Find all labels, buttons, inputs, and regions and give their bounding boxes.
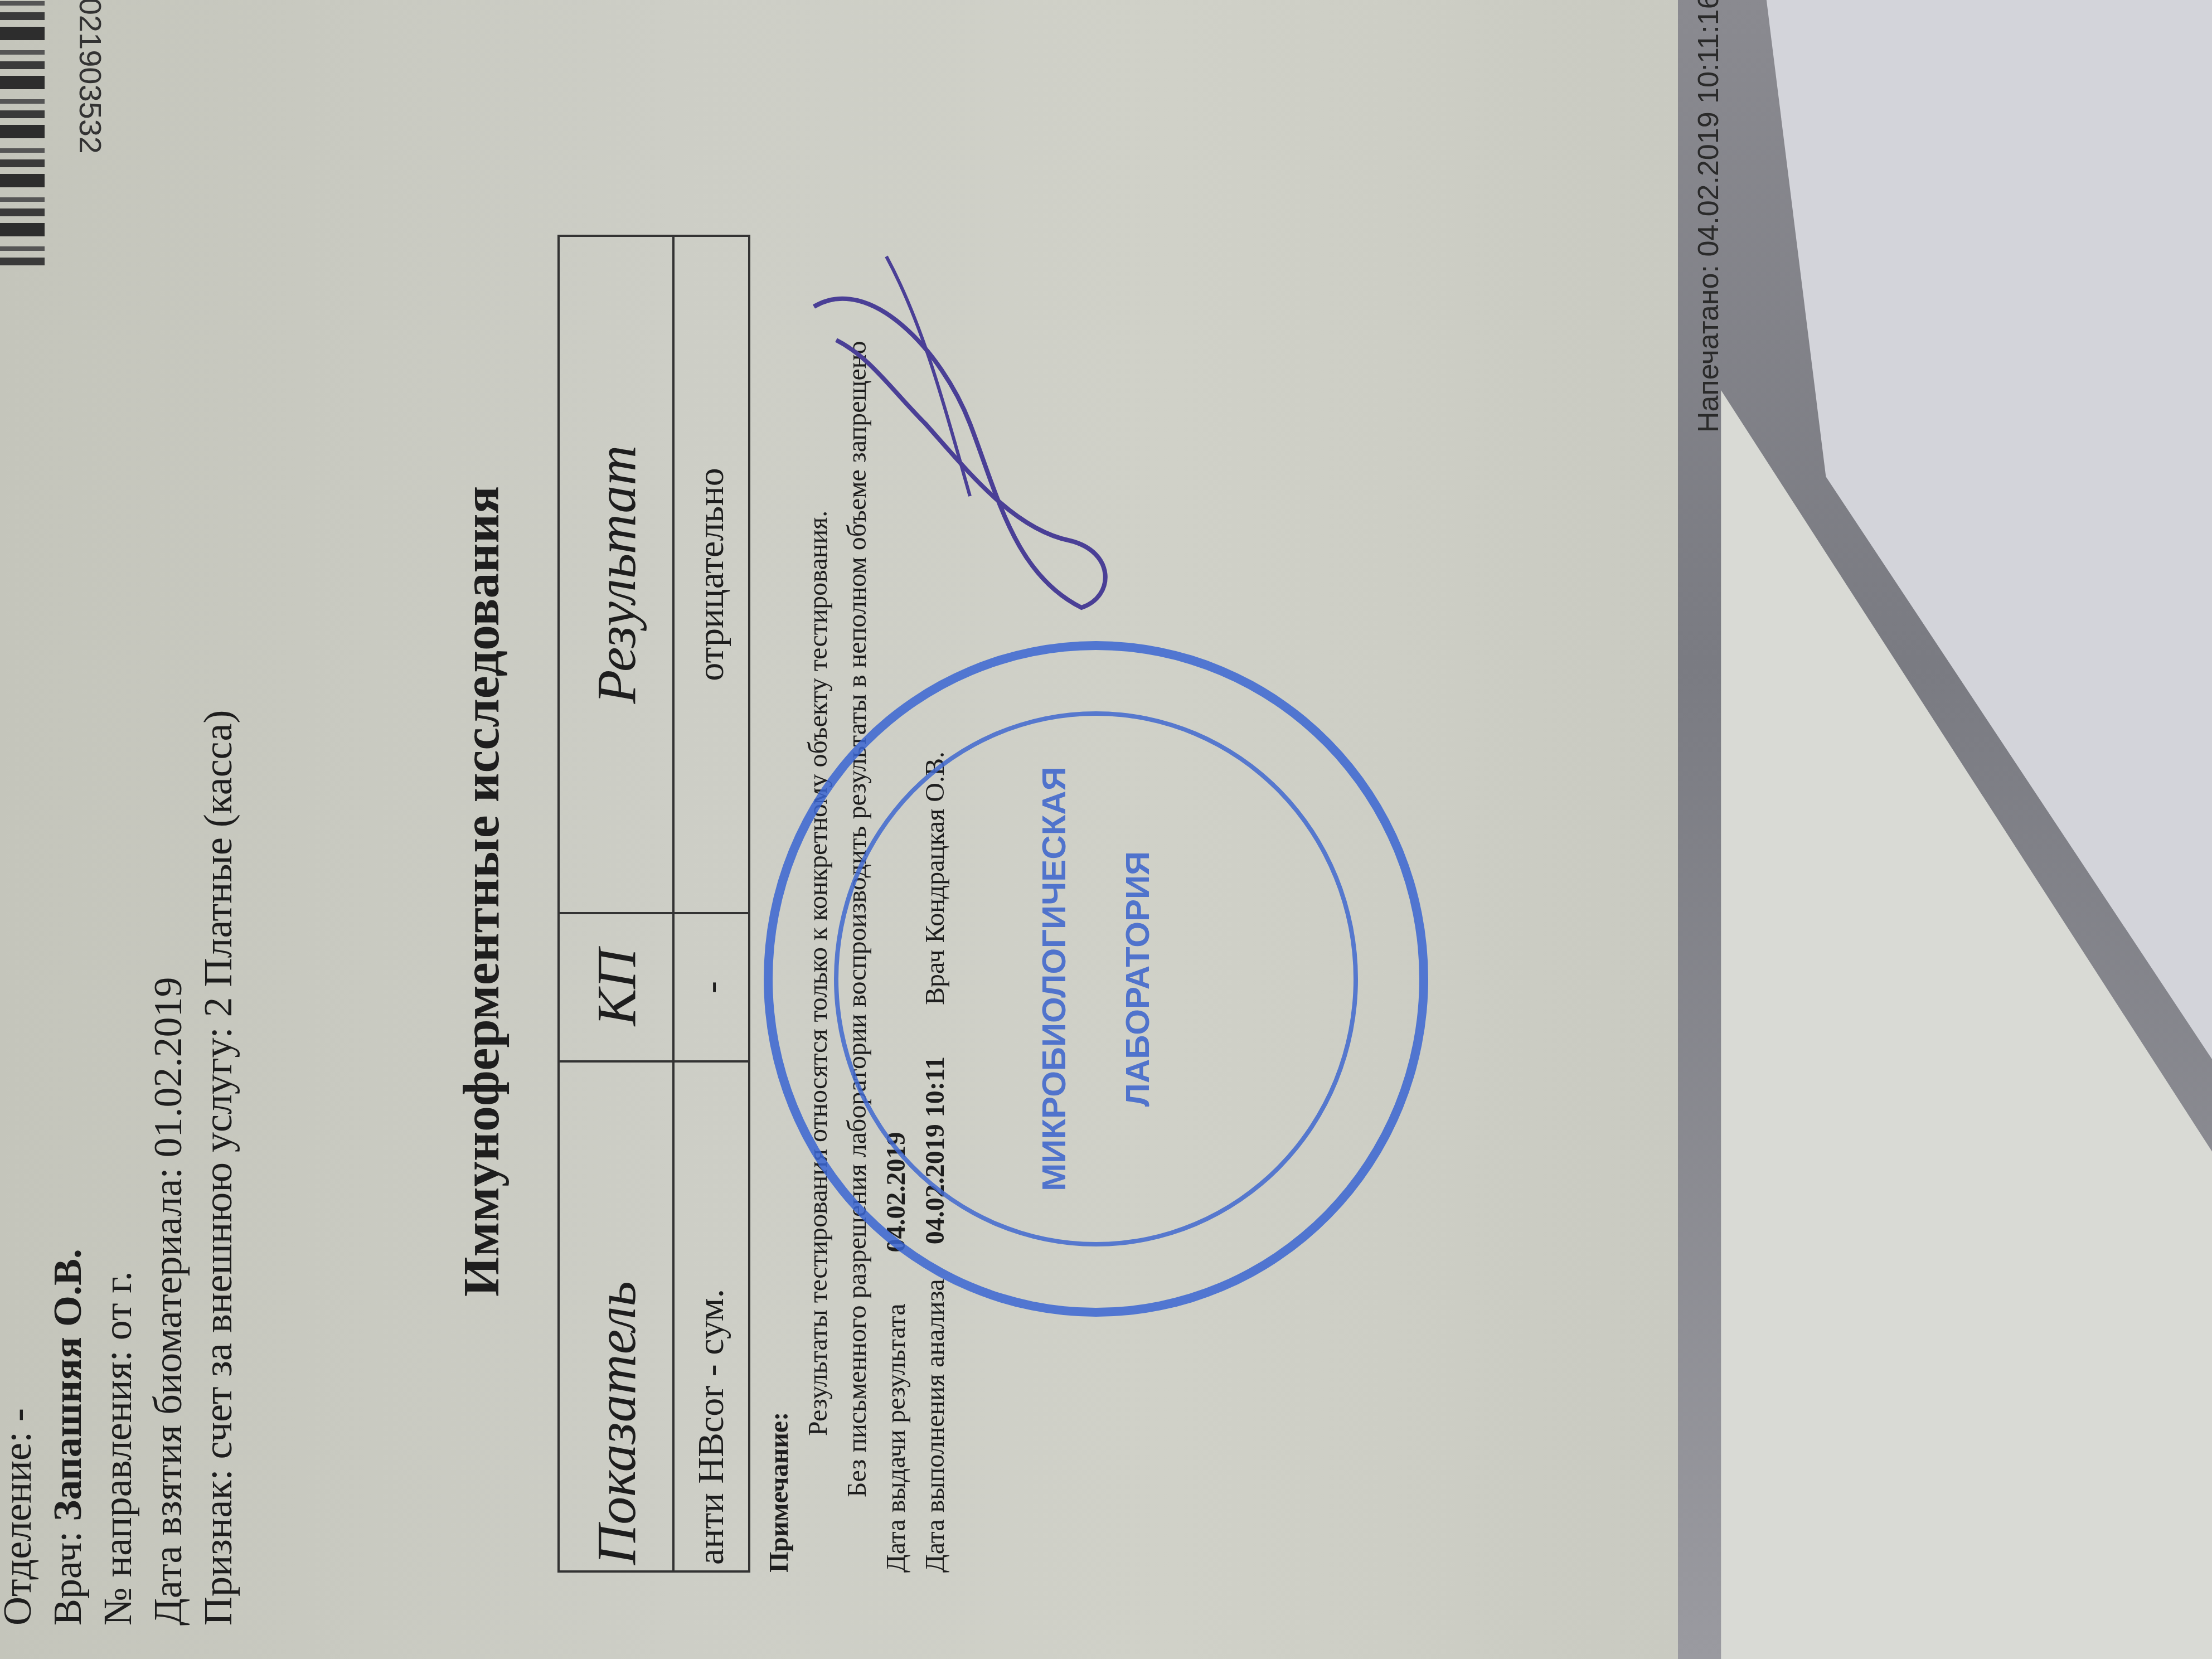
stamp-line-2: ЛАБОРАТОРИЯ [1096, 767, 1180, 1191]
table-header-row: Показатель КП Результат [559, 236, 673, 1571]
stamp-line-1: МИКРОБИОЛОГИЧЕСКАЯ [1012, 767, 1096, 1191]
kp-cell: - [673, 913, 749, 1061]
lab-stamp: МИКРОБИОЛОГИЧЕСКАЯ ЛАБОРАТОРИЯ [764, 641, 1428, 1317]
column-header: Показатель [559, 1061, 673, 1571]
sample-date-field: Дата взятия биоматериала: 01.02.2019 [145, 977, 191, 1626]
results-table: Показатель КП Результат анти HBcor - сум… [557, 235, 750, 1573]
column-header: Результат [559, 236, 673, 913]
table-row: анти HBcor - сум. - отрицательно [673, 236, 749, 1571]
department-field: Отделение: - [0, 1408, 41, 1626]
doctor-field: Врач: Запашняя О.В. [45, 1249, 91, 1626]
note-label: Примечание: [764, 1412, 794, 1573]
signature [803, 240, 1137, 630]
analysis-date-label: Дата выполнения анализа [920, 1279, 950, 1573]
indicator-cell: анти HBcor - сум. [673, 1061, 749, 1571]
doctor-label: Врач: [45, 1531, 90, 1626]
attribute-field: Признак: счет за внешнюю услугу: 2 Платн… [195, 710, 241, 1626]
printed-timestamp: Напечатано: 04.02.2019 10:11:16 [1692, 0, 1725, 433]
barcode [0, 0, 45, 265]
barcode-number: 4021903532 [72, 0, 109, 154]
referral-field: № направления: от г. [95, 1271, 141, 1626]
issue-date-label: Дата выдачи результата [881, 1304, 911, 1573]
stamp-center-text: МИКРОБИОЛОГИЧЕСКАЯ ЛАБОРАТОРИЯ [1012, 767, 1180, 1191]
doctor-name: Запашняя О.В. [45, 1249, 90, 1521]
section-title: Иммуноферментные исследования [452, 486, 511, 1297]
result-cell: отрицательно [673, 236, 749, 913]
column-header: КП [559, 913, 673, 1061]
